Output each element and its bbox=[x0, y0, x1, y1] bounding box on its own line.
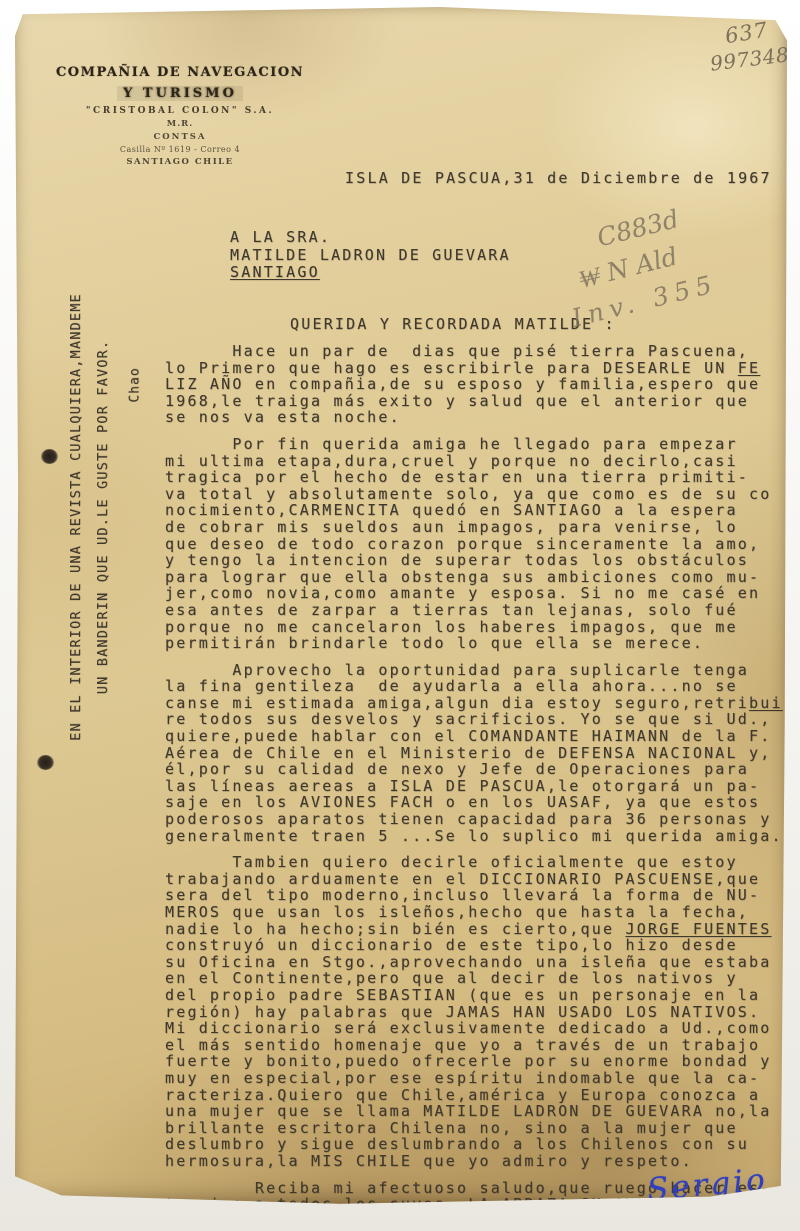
text-line: muy en especial,por ese espíritu indomab… bbox=[165, 1070, 787, 1087]
text-line: Tambien quiero decirle oficialmente que … bbox=[165, 854, 787, 871]
text-line: lo Primero que hago es escribirle para D… bbox=[165, 360, 787, 377]
text-line: 1968,le traiga más exito y salud que el … bbox=[165, 393, 787, 410]
text-line: las líneas aereas a ISLA DE PASCUA,le ot… bbox=[165, 778, 787, 795]
text-line: saje en los AVIONES FACH o en los UASAF,… bbox=[165, 794, 787, 811]
text-line: esa antes de zarpar a tierras tan lejana… bbox=[165, 602, 787, 619]
text-line: generalmente traen 5 ...Se lo suplico mi… bbox=[165, 828, 787, 845]
text-line: su Oficina en Stgo.,aprovechando una isl… bbox=[165, 954, 787, 971]
letter-page: COMPAÑIA DE NAVEGACION Y TURISMO "CRISTO… bbox=[15, 7, 787, 1205]
text-line: Mi diccionario será exclusivamente dedic… bbox=[165, 1020, 787, 1037]
text-line: Hace un par de dias que pisé tierra Pasc… bbox=[165, 343, 787, 360]
text-line: re todos sus desvelos y sacrificios. Yo … bbox=[165, 711, 787, 728]
text-line: región) hay palabras que JAMAS HAN USADO… bbox=[165, 1004, 787, 1021]
text-line: permitirán brindarle todo lo que ella se… bbox=[165, 635, 787, 652]
text-line: canse mi estimada amiga,algun dia estoy … bbox=[165, 695, 787, 712]
letterhead-address: Casilla Nº 1619 - Correo 4 bbox=[55, 145, 305, 154]
text-line: en el Continente,pero que al decir de lo… bbox=[165, 970, 787, 987]
text-line: quiere,puede hablar con el COMANDANTE HA… bbox=[165, 728, 787, 745]
text-line: la fina gentileza de ayudarla a ella aho… bbox=[165, 678, 787, 695]
letterhead-city: SANTIAGO CHILE bbox=[55, 157, 305, 167]
date-line: ISLA DE PASCUA,31 de Diciembre de 1967 bbox=[345, 169, 772, 187]
paragraph: Hace un par de dias que pisé tierra Pasc… bbox=[165, 343, 787, 426]
text-line: para lograr que ella obstenga sus ambici… bbox=[165, 569, 787, 586]
text-line: deslumbro y sigue deslumbrando a los Chi… bbox=[165, 1136, 787, 1153]
text-line: SANTIAGO bbox=[230, 264, 511, 282]
text-line: hermosura,la MIS CHILE que yo admiro y r… bbox=[165, 1153, 787, 1170]
letterhead-company-name-line2: Y TURISMO bbox=[117, 86, 243, 101]
pencil-scribble-notes: C883d₩ N AldInv. 355 bbox=[593, 196, 721, 326]
text-line: jer,como novia,como amante y esposa. Si … bbox=[165, 585, 787, 602]
text-line: EN EL INTERIOR DE UNA REVISTA CUALQUIERA… bbox=[63, 257, 90, 777]
text-line: va total y absolutamente solo, ya que co… bbox=[165, 486, 787, 503]
text-line: MEROS que usan los isleños,hecho que has… bbox=[165, 904, 787, 921]
letterhead: COMPAÑIA DE NAVEGACION Y TURISMO "CRISTO… bbox=[55, 65, 305, 167]
text-line: brillante escritora Chilena no, sino a l… bbox=[165, 1120, 787, 1137]
text-line: que deseo de todo corazon porque sincera… bbox=[165, 536, 787, 553]
text-line: poderosos aparatos tienen capacidad para… bbox=[165, 811, 787, 828]
text-line: Aprovecho la oportunidad para suplicarle… bbox=[165, 662, 787, 679]
text-line: el más sentido homenaje que yo a través … bbox=[165, 1037, 787, 1054]
text-line: Aérea de Chile en el Ministerio de DEFEN… bbox=[165, 745, 787, 762]
text-line: nocimiento,CARMENCITA quedó en SANTIAGO … bbox=[165, 502, 787, 519]
salutation: QUERIDA Y RECORDADA MATILDE : bbox=[290, 315, 616, 333]
pencil-number-997348: 997348 bbox=[709, 42, 791, 75]
text-line: trabajando arduamente en el DICCIONARIO … bbox=[165, 871, 787, 888]
text-line: él,por su calidad de nexo y Jefe de Oper… bbox=[165, 761, 787, 778]
text-line: y tengo la intencion de superar todas lo… bbox=[165, 552, 787, 569]
recipient-block: A LA SRA.MATILDE LADRON DE GUEVARASANTIA… bbox=[230, 229, 511, 282]
letterhead-ship-name: "CRISTOBAL COLON" S.A. bbox=[55, 106, 305, 116]
text-line: porque no me cancelaron los haberes impa… bbox=[165, 619, 787, 636]
text-line: LIZ AÑO en compañia,de su esposo y famil… bbox=[165, 376, 787, 393]
text-line: fuerte y bonito,puedo ofrecerle por su e… bbox=[165, 1053, 787, 1070]
pencil-number-637: 637 bbox=[723, 18, 769, 48]
text-line: MATILDE LADRON DE GUEVARA bbox=[230, 247, 511, 265]
text-line: sera del tipo moderno,incluso llevará la… bbox=[165, 887, 787, 904]
paragraph: Por fin querida amiga he llegado para em… bbox=[165, 436, 787, 652]
letterhead-contsa: CONTSA bbox=[55, 132, 305, 142]
margin-side-note: Chao bbox=[128, 345, 143, 425]
text-line: se nos va esta noche. bbox=[165, 409, 787, 426]
margin-vertical-note: EN EL INTERIOR DE UNA REVISTA CUALQUIERA… bbox=[63, 257, 117, 777]
text-line: tragica por el hecho de estar en una tie… bbox=[165, 469, 787, 486]
paragraph: Aprovecho la oportunidad para suplicarle… bbox=[165, 662, 787, 845]
punch-hole-top bbox=[41, 449, 58, 464]
text-line: construyó un diccionario de este tipo,lo… bbox=[165, 937, 787, 954]
punch-hole-bottom bbox=[37, 755, 54, 770]
letterhead-company-name: COMPAÑIA DE NAVEGACION bbox=[55, 65, 305, 80]
letter-body: Hace un par de dias que pisé tierra Pasc… bbox=[165, 343, 787, 1223]
paragraph: Tambien quiero decirle oficialmente que … bbox=[165, 854, 787, 1169]
letterhead-trademark: M.R. bbox=[55, 119, 305, 129]
text-line: UN BANDERIN QUE UD.LE GUSTE POR FAVOR. bbox=[90, 257, 117, 777]
text-line: de cobrar mis sueldos aun impagos, para … bbox=[165, 519, 787, 536]
text-line: nadie lo ha hecho;sin bién es cierto,que… bbox=[165, 921, 787, 938]
text-line: mi ultima etapa,dura,cruel y porque no d… bbox=[165, 453, 787, 470]
text-line: del propio padre SEBASTIAN (que es un pe… bbox=[165, 987, 787, 1004]
text-line: una mujer que se llama MATILDE LADRON DE… bbox=[165, 1103, 787, 1120]
text-line: Por fin querida amiga he llegado para em… bbox=[165, 436, 787, 453]
text-line: racteriza.Quiero que Chile,américa y Eur… bbox=[165, 1087, 787, 1104]
text-line: A LA SRA. bbox=[230, 229, 511, 247]
